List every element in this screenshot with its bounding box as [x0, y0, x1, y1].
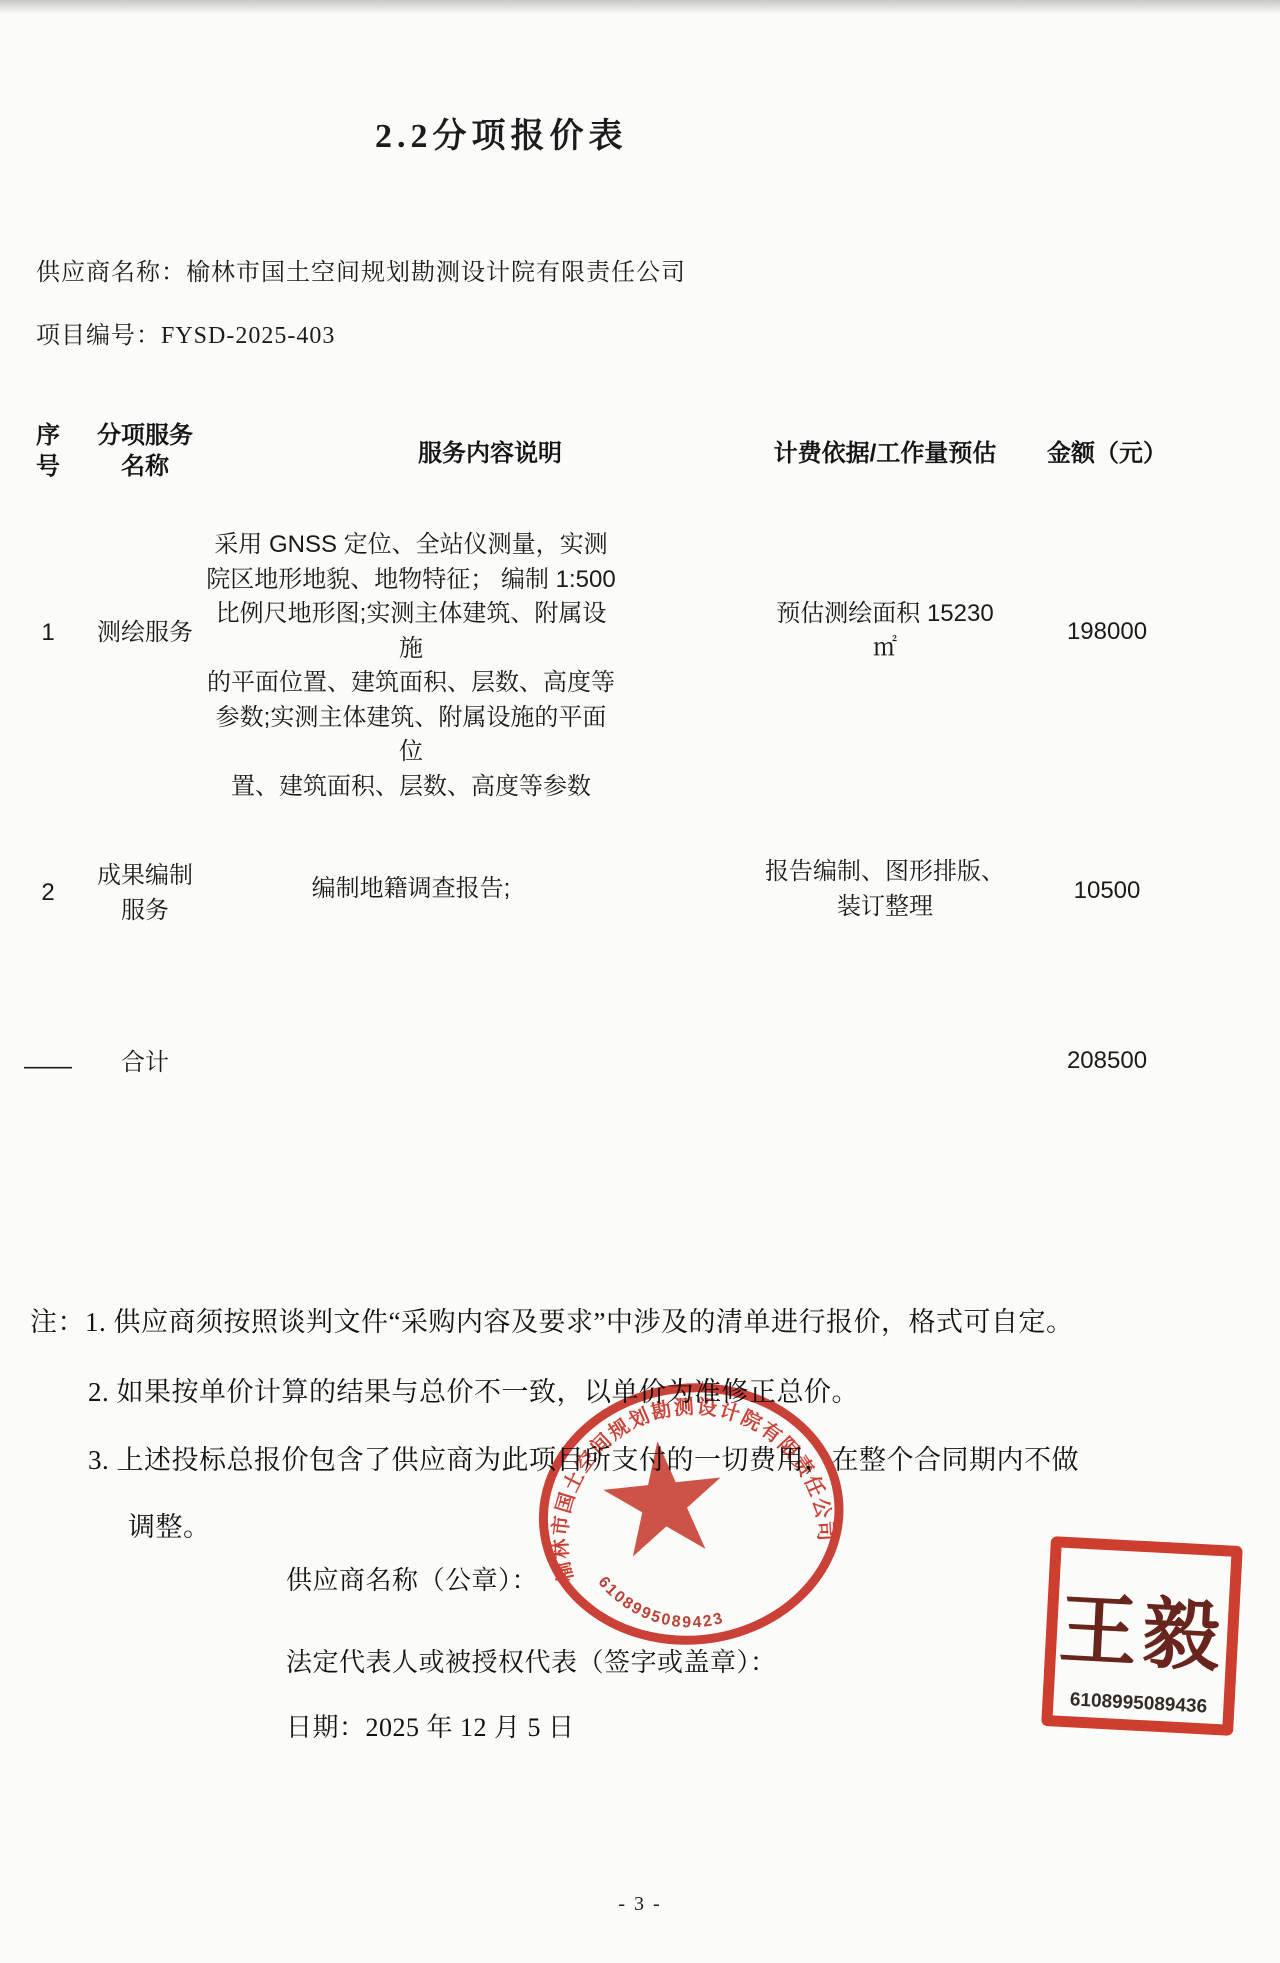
document-page: 2.2分项报价表 供应商名称：榆林市国土空间规划勘测设计院有限责任公司 项目编号…: [0, 0, 1280, 1963]
total-row-label: 合计: [80, 1046, 210, 1081]
total-row-dash: ——: [22, 1050, 74, 1085]
page-title: 2.2分项报价表: [375, 108, 628, 157]
row2-basis: 报告编制、图形排版、 装订整理: [742, 854, 1028, 924]
row2-description: 编制地籍调查报告;: [206, 872, 616, 907]
name-seal-name: 王毅: [1057, 1567, 1229, 1688]
page-number: - 3 -: [0, 1893, 1280, 1916]
total-row-amount: 208500: [1032, 1044, 1182, 1079]
row2-service-name: 成果编制 服务: [80, 858, 210, 928]
project-number-line: 项目编号：FYSD-2025-403: [36, 315, 335, 350]
star-icon: [599, 1435, 728, 1559]
scan-edge-artifact: [0, 0, 1280, 14]
company-seal-serial-holder: 6108995089423: [594, 1562, 727, 1642]
row1-basis: 预估测绘面积 15230 ㎡: [742, 597, 1028, 665]
company-seal-stamp: 榆林市国土空间规划勘测设计院有限责任公司 6108995089423: [500, 1344, 881, 1679]
row1-service-name: 测绘服务: [80, 616, 210, 651]
row1-amount: 198000: [1032, 615, 1182, 650]
row1-description: 采用 GNSS 定位、全站仪测量，实测 院区地形地貌、地物特征； 编制 1:50…: [206, 528, 616, 804]
col-header-amount: 金额（元）: [1032, 438, 1182, 469]
row1-seq: 1: [22, 616, 74, 651]
name-seal-stamp: 王毅 6108995089436: [1041, 1536, 1243, 1736]
company-seal-serial: 6108995089423: [594, 1562, 727, 1642]
col-header-service-name: 分项服务 名称: [80, 420, 210, 482]
note-line-4: 调整。: [128, 1505, 211, 1544]
signature-date-line: 日期：2025 年 12 月 5 日: [286, 1707, 575, 1744]
col-header-seq: 序 号: [22, 420, 74, 482]
signature-company-line: 供应商名称（公章）：: [286, 1560, 538, 1597]
note-line-1: 注：1. 供应商须按照谈判文件“采购内容及要求”中涉及的清单进行报价，格式可自定…: [30, 1300, 1073, 1339]
row2-seq: 2: [22, 876, 74, 911]
supplier-name-line: 供应商名称：榆林市国土空间规划勘测设计院有限责任公司: [36, 252, 686, 287]
col-header-description: 服务内容说明: [240, 438, 740, 469]
row2-amount: 10500: [1032, 874, 1182, 909]
col-header-basis: 计费依据/工作量预估: [742, 438, 1028, 469]
name-seal-serial: 6108995089436: [1056, 1689, 1221, 1720]
